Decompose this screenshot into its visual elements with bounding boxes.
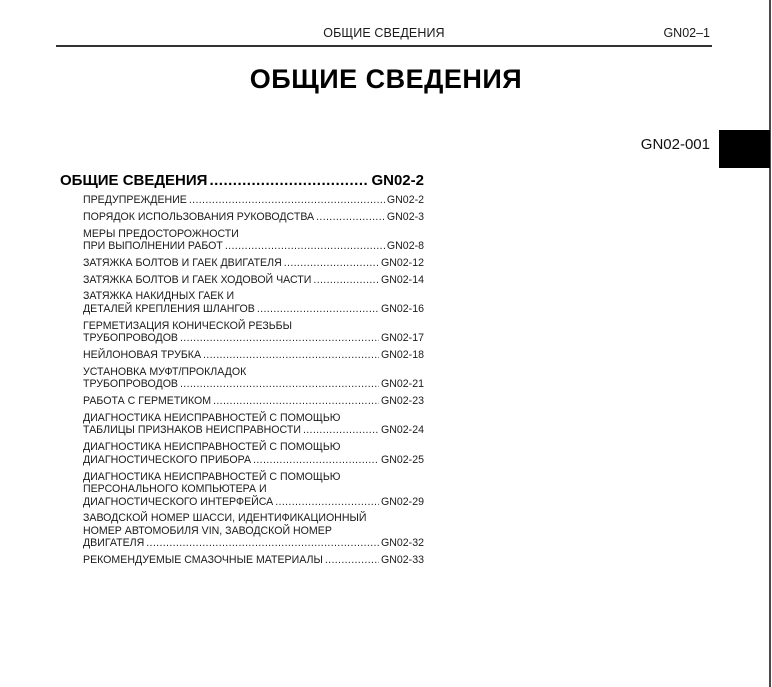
toc-entry-label-line: ДИАГНОСТИКА НЕИСПРАВНОСТЕЙ С ПОМОЩЬЮ: [83, 441, 424, 454]
toc-entry[interactable]: РЕКОМЕНДУЕМЫЕ СМАЗОЧНЫЕ МАТЕРИАЛЫGN02-33: [83, 554, 424, 567]
toc-entry-label: ПОРЯДОК ИСПОЛЬЗОВАНИЯ РУКОВОДСТВА: [83, 211, 314, 224]
toc-entry[interactable]: ЗАТЯЖКА БОЛТОВ И ГАЕК ХОДОВОЙ ЧАСТИGN02-…: [83, 274, 424, 287]
toc-entry[interactable]: РАБОТА С ГЕРМЕТИКОМGN02-23: [83, 395, 424, 408]
toc-entry-label: ТРУБОПРОВОДОВ: [83, 378, 178, 391]
toc-entry-last-line: ДЕТАЛЕЙ КРЕПЛЕНИЯ ШЛАНГОВGN02-16: [83, 303, 424, 316]
toc-entry-page: GN02-3: [387, 211, 424, 224]
toc-entry-page: GN02-14: [381, 274, 424, 287]
toc-entry-last-line: РАБОТА С ГЕРМЕТИКОМGN02-23: [83, 395, 424, 408]
toc-entry-label-line: ПЕРСОНАЛЬНОГО КОМПЬЮТЕРА И: [83, 483, 424, 496]
toc-entry-label: ПРИ ВЫПОЛНЕНИИ РАБОТ: [83, 240, 223, 253]
toc-entry[interactable]: УСТАНОВКА МУФТ/ПРОКЛАДОКТРУБОПРОВОДОВGN0…: [83, 366, 424, 391]
toc-entry-label: ДИАГНОСТИЧЕСКОГО ПРИБОРА: [83, 454, 251, 467]
toc-entry-page: GN02-29: [381, 496, 424, 509]
toc-entry-label: ЗАТЯЖКА БОЛТОВ И ГАЕК ДВИГАТЕЛЯ: [83, 257, 282, 270]
toc-entry[interactable]: ПРЕДУПРЕЖДЕНИЕGN02-2: [83, 194, 424, 207]
page-title: ОБЩИЕ СВЕДЕНИЯ: [0, 64, 772, 95]
toc-entry-page: GN02-18: [381, 349, 424, 362]
toc-main-page: GN02-2: [371, 172, 424, 189]
toc-entry-label: РЕКОМЕНДУЕМЫЕ СМАЗОЧНЫЕ МАТЕРИАЛЫ: [83, 554, 323, 567]
toc-entry[interactable]: НЕЙЛОНОВАЯ ТРУБКАGN02-18: [83, 349, 424, 362]
toc-entry-last-line: ДИАГНОСТИЧЕСКОГО ИНТЕРФЕЙСАGN02-29: [83, 496, 424, 509]
toc-entry-label: ДЕТАЛЕЙ КРЕПЛЕНИЯ ШЛАНГОВ: [83, 303, 255, 316]
toc-entry-last-line: ПОРЯДОК ИСПОЛЬЗОВАНИЯ РУКОВОДСТВАGN02-3: [83, 211, 424, 224]
dot-leader: [203, 349, 379, 362]
toc-entry-label: ТРУБОПРОВОДОВ: [83, 332, 178, 345]
toc-entry-label: РАБОТА С ГЕРМЕТИКОМ: [83, 395, 211, 408]
toc-entry-label-line: ДИАГНОСТИКА НЕИСПРАВНОСТЕЙ С ПОМОЩЬЮ: [83, 412, 424, 425]
toc-entry[interactable]: ЗАВОДСКОЙ НОМЕР ШАССИ, ИДЕНТИФИКАЦИОННЫЙ…: [83, 512, 424, 550]
dot-leader: [213, 395, 379, 408]
toc-entry-label-line: ГЕРМЕТИЗАЦИЯ КОНИЧЕСКОЙ РЕЗЬБЫ: [83, 320, 424, 333]
table-of-contents: ОБЩИЕ СВЕДЕНИЯ GN02-2 ПРЕДУПРЕЖДЕНИЕGN02…: [60, 172, 424, 571]
toc-entry-last-line: ПРЕДУПРЕЖДЕНИЕGN02-2: [83, 194, 424, 207]
toc-entry[interactable]: ДИАГНОСТИКА НЕИСПРАВНОСТЕЙ С ПОМОЩЬЮДИАГ…: [83, 441, 424, 466]
toc-entry-label-line: ЗАВОДСКОЙ НОМЕР ШАССИ, ИДЕНТИФИКАЦИОННЫЙ: [83, 512, 424, 525]
dot-leader: [180, 332, 379, 345]
toc-entry-last-line: ДВИГАТЕЛЯGN02-32: [83, 537, 424, 550]
toc-entry[interactable]: МЕРЫ ПРЕДОСТОРОЖНОСТИПРИ ВЫПОЛНЕНИИ РАБО…: [83, 228, 424, 253]
dot-leader: [146, 537, 379, 550]
toc-entry-page: GN02-21: [381, 378, 424, 391]
dot-leader: [275, 496, 379, 509]
toc-entry-list: ПРЕДУПРЕЖДЕНИЕGN02-2ПОРЯДОК ИСПОЛЬЗОВАНИ…: [60, 194, 424, 567]
toc-entry-label-line: УСТАНОВКА МУФТ/ПРОКЛАДОК: [83, 366, 424, 379]
toc-entry-page: GN02-17: [381, 332, 424, 345]
toc-entry-label: ДИАГНОСТИЧЕСКОГО ИНТЕРФЕЙСА: [83, 496, 273, 509]
toc-entry[interactable]: ЗАТЯЖКА НАКИДНЫХ ГАЕК ИДЕТАЛЕЙ КРЕПЛЕНИЯ…: [83, 290, 424, 315]
toc-entry-last-line: ТРУБОПРОВОДОВGN02-17: [83, 332, 424, 345]
dot-leader: [325, 554, 379, 567]
toc-entry-label-line: НОМЕР АВТОМОБИЛЯ VIN, ЗАВОДСКОЙ НОМЕР: [83, 525, 424, 538]
toc-entry-page: GN02-16: [381, 303, 424, 316]
page-edge-border: [769, 0, 771, 687]
dot-leader: [284, 257, 379, 270]
toc-entry-label: ДВИГАТЕЛЯ: [83, 537, 144, 550]
toc-entry-label-line: ЗАТЯЖКА НАКИДНЫХ ГАЕК И: [83, 290, 424, 303]
toc-entry-last-line: РЕКОМЕНДУЕМЫЕ СМАЗОЧНЫЕ МАТЕРИАЛЫGN02-33: [83, 554, 424, 567]
running-header-title: ОБЩИЕ СВЕДЕНИЯ: [56, 26, 712, 40]
toc-entry-page: GN02-25: [381, 454, 424, 467]
running-header-page-number: GN02–1: [663, 26, 710, 40]
toc-entry-last-line: ЗАТЯЖКА БОЛТОВ И ГАЕК ДВИГАТЕЛЯGN02-12: [83, 257, 424, 270]
dot-leader: [180, 378, 379, 391]
section-thumb-tab: [719, 130, 770, 168]
dot-leader: [253, 454, 379, 467]
dot-leader: [225, 240, 385, 253]
toc-entry[interactable]: ГЕРМЕТИЗАЦИЯ КОНИЧЕСКОЙ РЕЗЬБЫТРУБОПРОВО…: [83, 320, 424, 345]
toc-entry-last-line: НЕЙЛОНОВАЯ ТРУБКАGN02-18: [83, 349, 424, 362]
toc-entry-page: GN02-32: [381, 537, 424, 550]
toc-entry-page: GN02-12: [381, 257, 424, 270]
toc-entry-last-line: ДИАГНОСТИЧЕСКОГО ПРИБОРАGN02-25: [83, 454, 424, 467]
dot-leader: [303, 424, 379, 437]
toc-entry[interactable]: ДИАГНОСТИКА НЕИСПРАВНОСТЕЙ С ПОМОЩЬЮТАБЛ…: [83, 412, 424, 437]
toc-entry-last-line: ТРУБОПРОВОДОВGN02-21: [83, 378, 424, 391]
header-divider: [56, 45, 712, 47]
toc-entry-label-line: ДИАГНОСТИКА НЕИСПРАВНОСТЕЙ С ПОМОЩЬЮ: [83, 471, 424, 484]
section-code: GN02-001: [620, 136, 710, 153]
toc-entry-label: НЕЙЛОНОВАЯ ТРУБКА: [83, 349, 201, 362]
toc-entry[interactable]: ПОРЯДОК ИСПОЛЬЗОВАНИЯ РУКОВОДСТВАGN02-3: [83, 211, 424, 224]
toc-entry-label-line: МЕРЫ ПРЕДОСТОРОЖНОСТИ: [83, 228, 424, 241]
toc-main-entry[interactable]: ОБЩИЕ СВЕДЕНИЯ GN02-2: [60, 172, 424, 192]
dot-leader: [316, 211, 385, 224]
toc-entry-label: ЗАТЯЖКА БОЛТОВ И ГАЕК ХОДОВОЙ ЧАСТИ: [83, 274, 311, 287]
toc-entry-page: GN02-8: [387, 240, 424, 253]
toc-entry-page: GN02-33: [381, 554, 424, 567]
dot-leader: [257, 303, 379, 316]
toc-entry[interactable]: ЗАТЯЖКА БОЛТОВ И ГАЕК ДВИГАТЕЛЯGN02-12: [83, 257, 424, 270]
running-header: ОБЩИЕ СВЕДЕНИЯ GN02–1: [56, 26, 712, 46]
toc-entry-label: ТАБЛИЦЫ ПРИЗНАКОВ НЕИСПРАВНОСТИ: [83, 424, 301, 437]
dot-leader: [313, 274, 379, 287]
toc-entry-last-line: ТАБЛИЦЫ ПРИЗНАКОВ НЕИСПРАВНОСТИGN02-24: [83, 424, 424, 437]
dot-leader: [209, 172, 369, 189]
toc-entry-last-line: ЗАТЯЖКА БОЛТОВ И ГАЕК ХОДОВОЙ ЧАСТИGN02-…: [83, 274, 424, 287]
toc-entry-page: GN02-23: [381, 395, 424, 408]
dot-leader: [189, 194, 385, 207]
toc-entry-label: ПРЕДУПРЕЖДЕНИЕ: [83, 194, 187, 207]
toc-entry[interactable]: ДИАГНОСТИКА НЕИСПРАВНОСТЕЙ С ПОМОЩЬЮПЕРС…: [83, 471, 424, 509]
toc-entry-page: GN02-2: [387, 194, 424, 207]
toc-entry-last-line: ПРИ ВЫПОЛНЕНИИ РАБОТGN02-8: [83, 240, 424, 253]
toc-main-label: ОБЩИЕ СВЕДЕНИЯ: [60, 172, 207, 189]
toc-entry-page: GN02-24: [381, 424, 424, 437]
